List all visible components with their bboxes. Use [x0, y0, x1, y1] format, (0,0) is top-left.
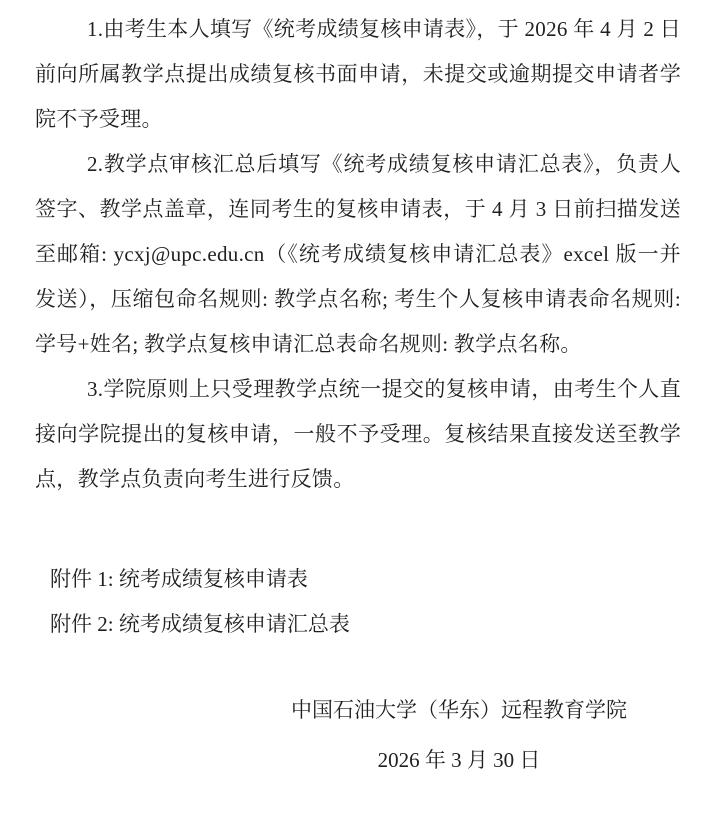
paragraph-1: 1.由考生本人填写《统考成绩复核申请表》，于 2026 年 4 月 2 日前向所… [35, 7, 681, 142]
paragraph-2: 2.教学点审核汇总后填写《统考成绩复核申请汇总表》，负责人签字、教学点盖章，连同… [35, 142, 681, 367]
signature-inner: 中国石油大学（华东）远程教育学院 2026 年 3 月 30 日 [291, 685, 627, 785]
signature-block: 中国石油大学（华东）远程教育学院 2026 年 3 月 30 日 [35, 685, 681, 785]
paragraph-3: 3.学院原则上只受理教学点统一提交的复核申请，由考生个人直接向学院提出的复核申请… [35, 367, 681, 502]
attachment-line-2: 附件 2: 统考成绩复核申请汇总表 [50, 602, 681, 647]
document-page: 1.由考生本人填写《统考成绩复核申请表》，于 2026 年 4 月 2 日前向所… [0, 0, 710, 814]
attachment-line-1: 附件 1: 统考成绩复核申请表 [50, 557, 681, 602]
signature-date: 2026 年 3 月 30 日 [291, 735, 627, 785]
attachments-list: 附件 1: 统考成绩复核申请表 附件 2: 统考成绩复核申请汇总表 [35, 557, 681, 647]
document-body: 1.由考生本人填写《统考成绩复核申请表》，于 2026 年 4 月 2 日前向所… [0, 0, 710, 785]
signature-organization: 中国石油大学（华东）远程教育学院 [291, 685, 627, 735]
